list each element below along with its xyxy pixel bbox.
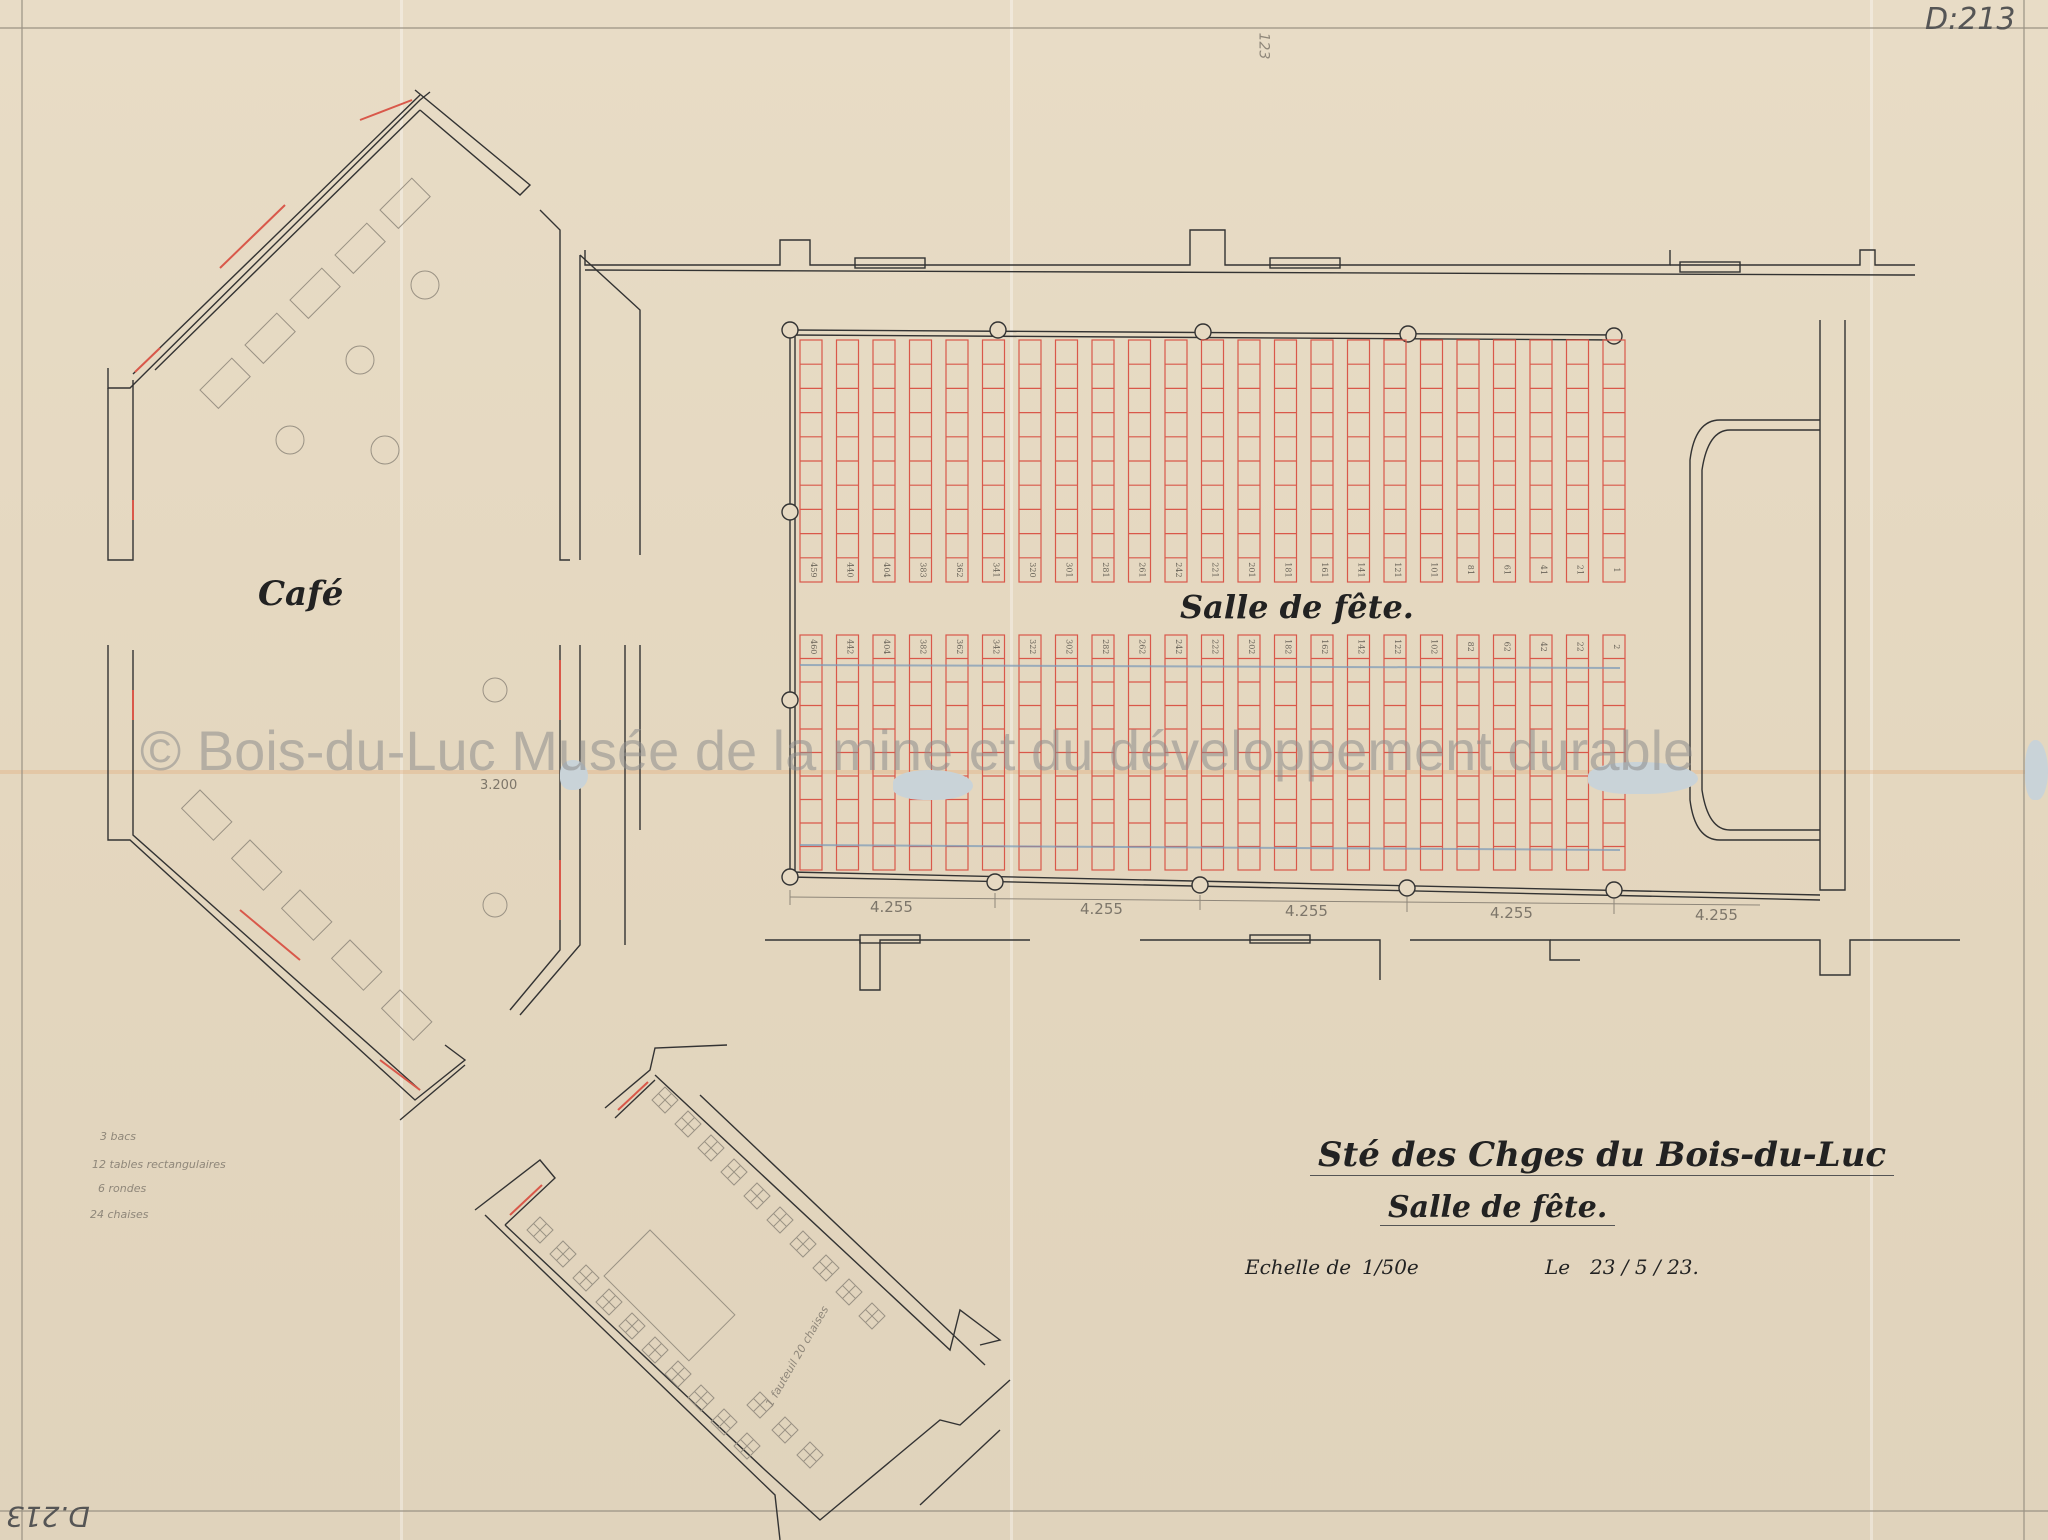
scale-label: Echelle de (1245, 1255, 1351, 1279)
svg-text:61: 61 (1503, 565, 1512, 575)
svg-text:201: 201 (1247, 562, 1256, 577)
svg-text:222: 222 (1211, 639, 1220, 654)
svg-text:440: 440 (846, 562, 855, 577)
svg-text:404: 404 (882, 639, 891, 654)
inventory-item: 6 rondes (98, 1182, 146, 1195)
svg-text:21: 21 (1576, 565, 1585, 575)
svg-text:41: 41 (1539, 565, 1548, 575)
paper-tear (2025, 740, 2048, 800)
sheet-number: 123 (1255, 33, 1271, 60)
svg-text:282: 282 (1101, 639, 1110, 654)
svg-text:281: 281 (1101, 562, 1110, 577)
title-company: Sté des Chges du Bois-du-Luc (1310, 1135, 1894, 1176)
svg-text:362: 362 (955, 639, 964, 654)
svg-text:202: 202 (1247, 639, 1256, 654)
svg-text:459: 459 (809, 562, 818, 577)
date-label: Le (1545, 1255, 1570, 1279)
title-room: Salle de fête. (1380, 1190, 1615, 1226)
svg-text:341: 341 (992, 562, 1001, 577)
svg-text:302: 302 (1065, 639, 1074, 654)
bay-dimension: 4.255 (1285, 902, 1328, 920)
svg-text:162: 162 (1320, 639, 1329, 654)
svg-text:242: 242 (1174, 562, 1183, 577)
cafe-label: Café (258, 574, 343, 614)
lower-room-walls (475, 1045, 1010, 1540)
svg-text:122: 122 (1393, 639, 1402, 654)
svg-text:221: 221 (1211, 562, 1220, 577)
bay-dimension: 4.255 (1695, 906, 1738, 924)
svg-text:102: 102 (1430, 639, 1439, 654)
svg-text:242: 242 (1174, 639, 1183, 654)
svg-text:301: 301 (1065, 562, 1074, 577)
cafe-walls (108, 90, 640, 1120)
svg-text:322: 322 (1028, 639, 1037, 654)
bay-dimension: 4.255 (1490, 904, 1533, 922)
svg-text:101: 101 (1430, 562, 1439, 577)
hall-label: Salle de fête. (1180, 588, 1414, 626)
date-value: 23 / 5 / 23. (1590, 1255, 1699, 1279)
copyright-watermark: © Bois-du-Luc Musée de la mine et du dév… (140, 718, 1694, 783)
svg-text:404: 404 (882, 562, 891, 577)
seating-upper-block: 4594404043833623413203012812612422212011… (800, 340, 1625, 582)
svg-text:121: 121 (1393, 562, 1402, 577)
svg-text:22: 22 (1576, 642, 1585, 652)
svg-text:383: 383 (919, 562, 928, 577)
svg-text:2: 2 (1612, 644, 1621, 649)
lower-room-chairs (527, 1087, 885, 1468)
bay-dimension: 4.255 (1080, 900, 1123, 918)
svg-text:42: 42 (1539, 642, 1548, 652)
svg-text:442: 442 (846, 639, 855, 654)
cafe-radiators (133, 100, 560, 1090)
svg-text:261: 261 (1138, 562, 1147, 577)
svg-text:81: 81 (1466, 565, 1475, 575)
lower-room-radiators (510, 1082, 648, 1215)
scale-value: 1/50e (1362, 1255, 1419, 1279)
svg-text:342: 342 (992, 639, 1001, 654)
svg-text:182: 182 (1284, 639, 1293, 654)
svg-text:262: 262 (1138, 639, 1147, 654)
archive-ref-top: D:213 (1925, 2, 2015, 37)
svg-text:460: 460 (809, 639, 818, 654)
svg-text:161: 161 (1320, 562, 1329, 577)
cafe-tables (182, 178, 507, 1040)
inventory-item: 3 bacs (100, 1130, 136, 1143)
archive-ref-bottom: D.213 (6, 1500, 90, 1533)
inventory-item: 12 tables rectangulaires (92, 1158, 226, 1171)
svg-text:382: 382 (919, 639, 928, 654)
svg-text:141: 141 (1357, 562, 1366, 577)
architectural-plan-sheet: 4594404043833623413203012812612422212011… (0, 0, 2048, 1540)
svg-text:1: 1 (1612, 567, 1621, 572)
svg-text:320: 320 (1028, 562, 1037, 577)
svg-text:362: 362 (955, 562, 964, 577)
bay-dimension: 4.255 (870, 898, 913, 916)
svg-text:142: 142 (1357, 639, 1366, 654)
svg-text:181: 181 (1284, 562, 1293, 577)
inventory-item: 24 chaises (90, 1208, 149, 1221)
svg-text:62: 62 (1503, 642, 1512, 652)
svg-text:82: 82 (1466, 642, 1475, 652)
